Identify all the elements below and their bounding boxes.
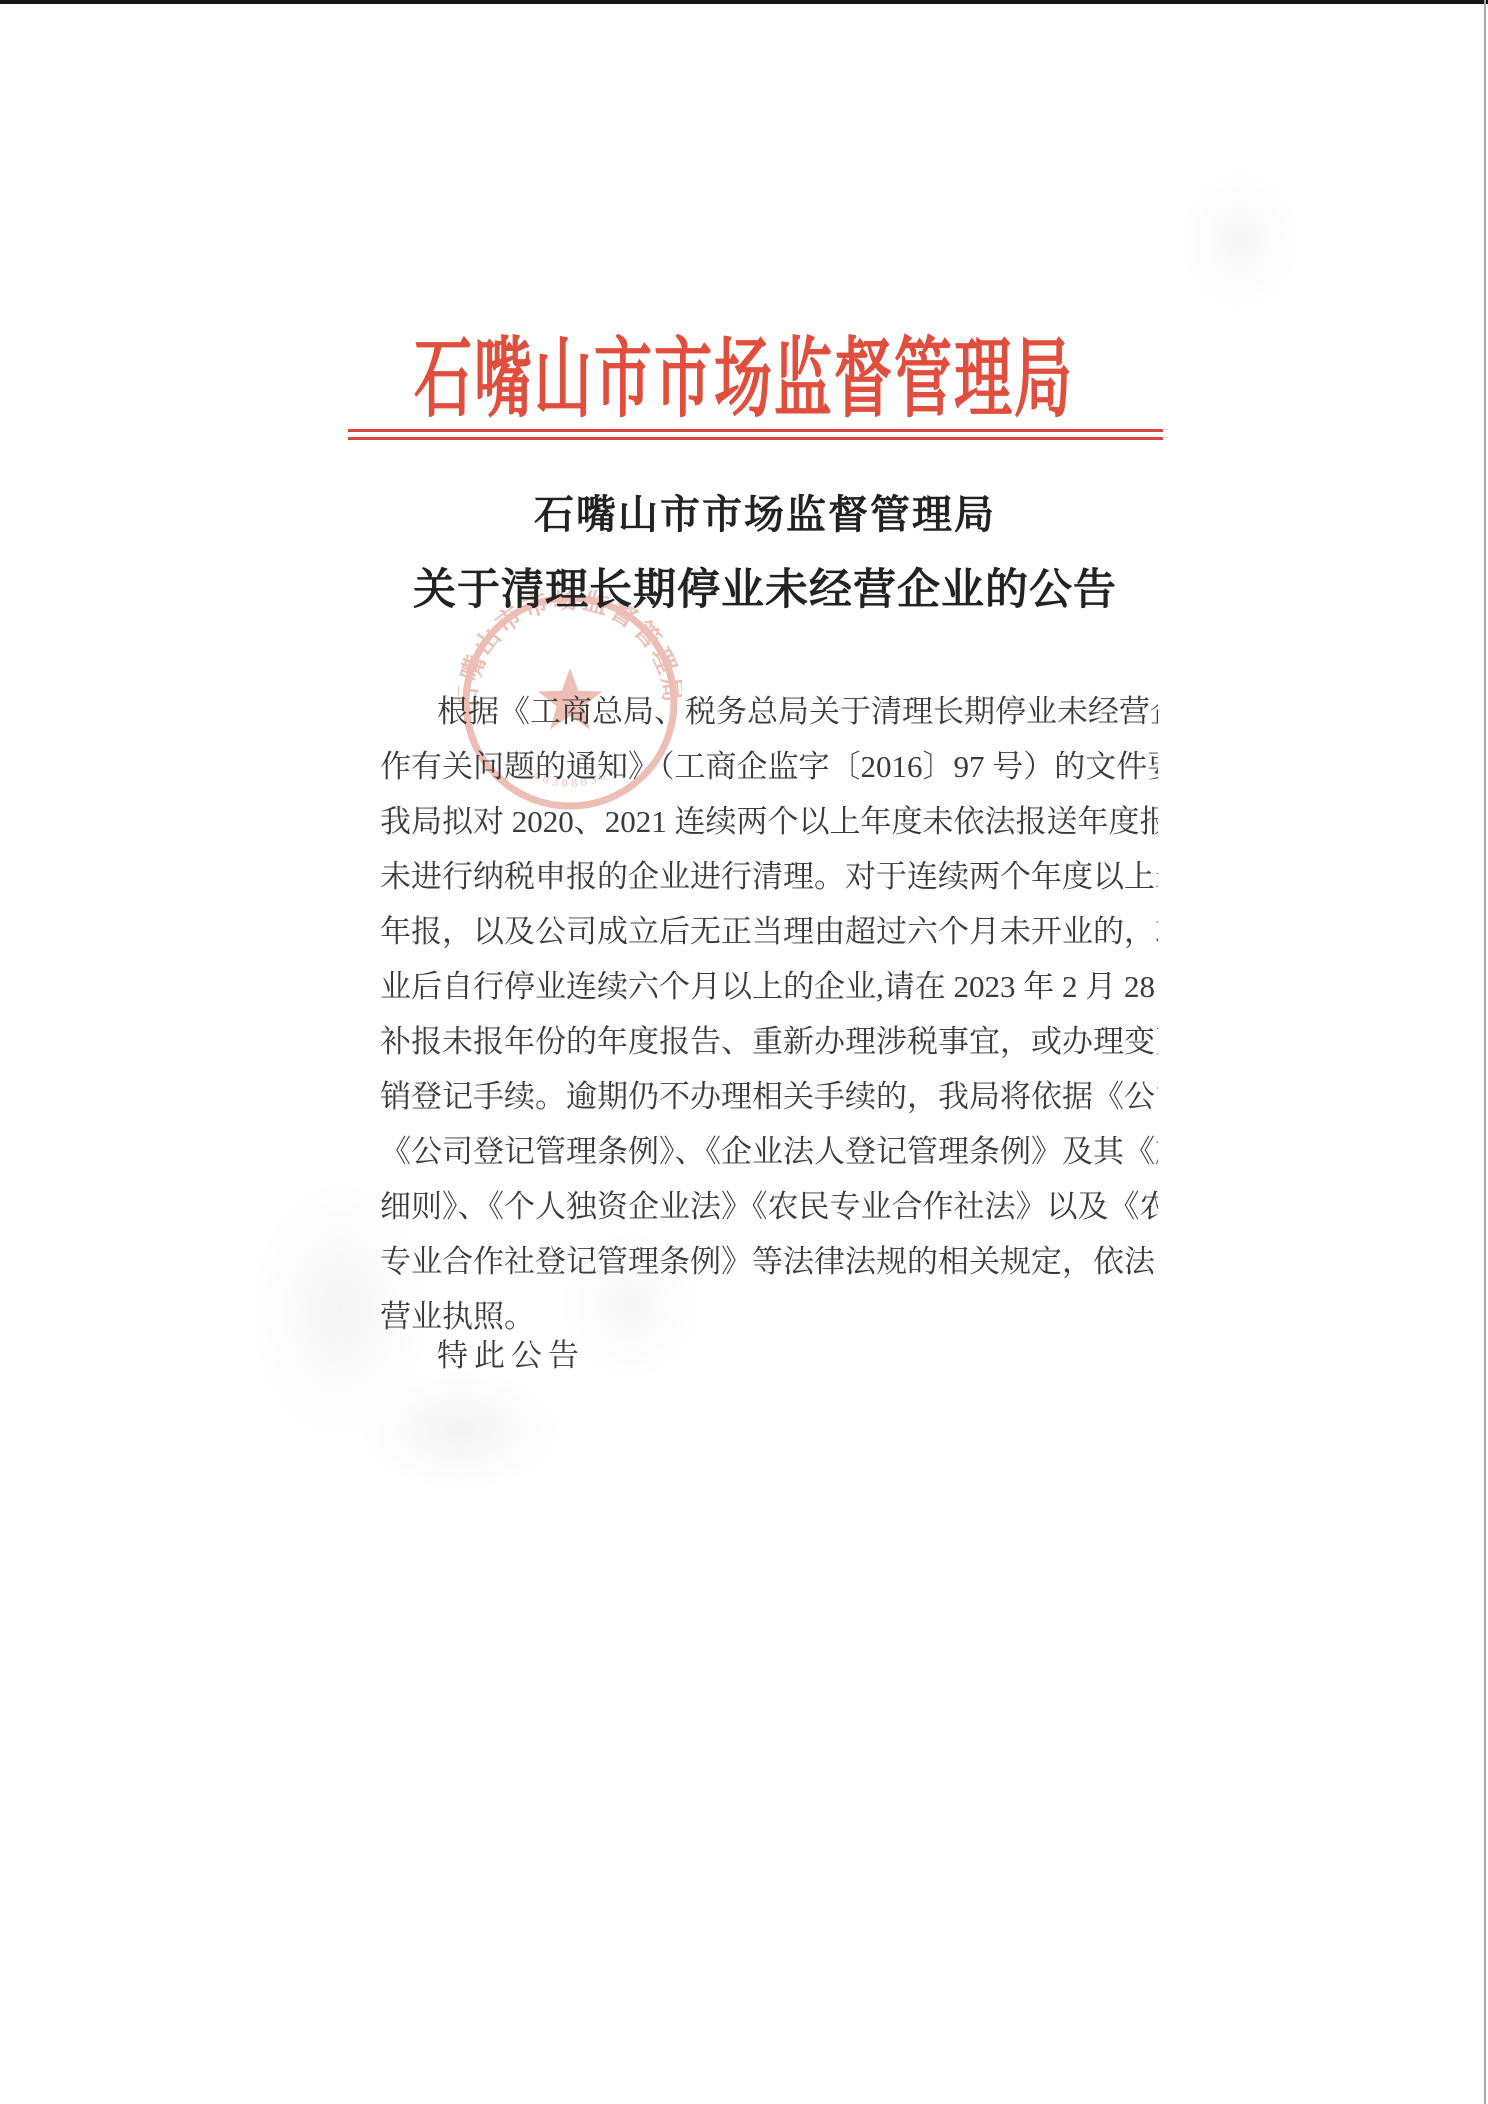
scan-smudge: [360, 1370, 560, 1490]
body-line: 业后自行停业连续六个月以上的企业,请在 2023 年 2 月 28 日前，: [380, 959, 1158, 1014]
letterhead: 石嘴山市市场监督管理局: [0, 308, 1488, 392]
closing-statement: 特此公告: [437, 1330, 585, 1375]
body-line: 补报未报年份的年度报告、重新办理涉税事宜，或办理变更、注: [380, 1014, 1158, 1069]
body-line: 细则》、《个人独资企业法》《农民专业合作社法》以及《农民: [380, 1179, 1158, 1234]
scanned-document-page: 石嘴山市市场监督管理局 6403080364 石嘴山市市场监督管理局 石嘴山市市…: [0, 0, 1488, 2104]
body-line: 年报，以及公司成立后无正当理由超过六个月未开业的，或者开: [380, 904, 1158, 959]
body-line: 未进行纳税申报的企业进行清理。对于连续两个年度以上未进行: [380, 849, 1158, 904]
body-line: 根据《工商总局、税务总局关于清理长期停业未经营企业工: [380, 684, 1158, 739]
letterhead-divider: [348, 429, 1163, 440]
document-title-subject: 关于清理长期停业未经营企业的公告: [0, 556, 1488, 617]
body-paragraph: 根据《工商总局、税务总局关于清理长期停业未经营企业工作有关问题的通知》（工商企监…: [380, 684, 1158, 1344]
scan-smudge: [1180, 170, 1300, 310]
scan-edge-top: [0, 0, 1488, 4]
letterhead-title: 石嘴山市市场监督管理局: [414, 308, 1074, 434]
body-line: 我局拟对 2020、2021 连续两个以上年度未依法报送年度报告且: [380, 794, 1158, 849]
body-line: 《公司登记管理条例》、《企业法人登记管理条例》及其《施行: [380, 1124, 1158, 1179]
document-title-org: 石嘴山市市场监督管理局: [0, 483, 1488, 540]
body-line: 专业合作社登记管理条例》等法律法规的相关规定，依法吊销其: [380, 1234, 1158, 1289]
body-line: 销登记手续。逾期仍不办理相关手续的，我局将依据《公司法》、: [380, 1069, 1158, 1124]
body-line: 作有关问题的通知》（工商企监字〔2016〕97 号）的文件要求，: [380, 739, 1158, 794]
